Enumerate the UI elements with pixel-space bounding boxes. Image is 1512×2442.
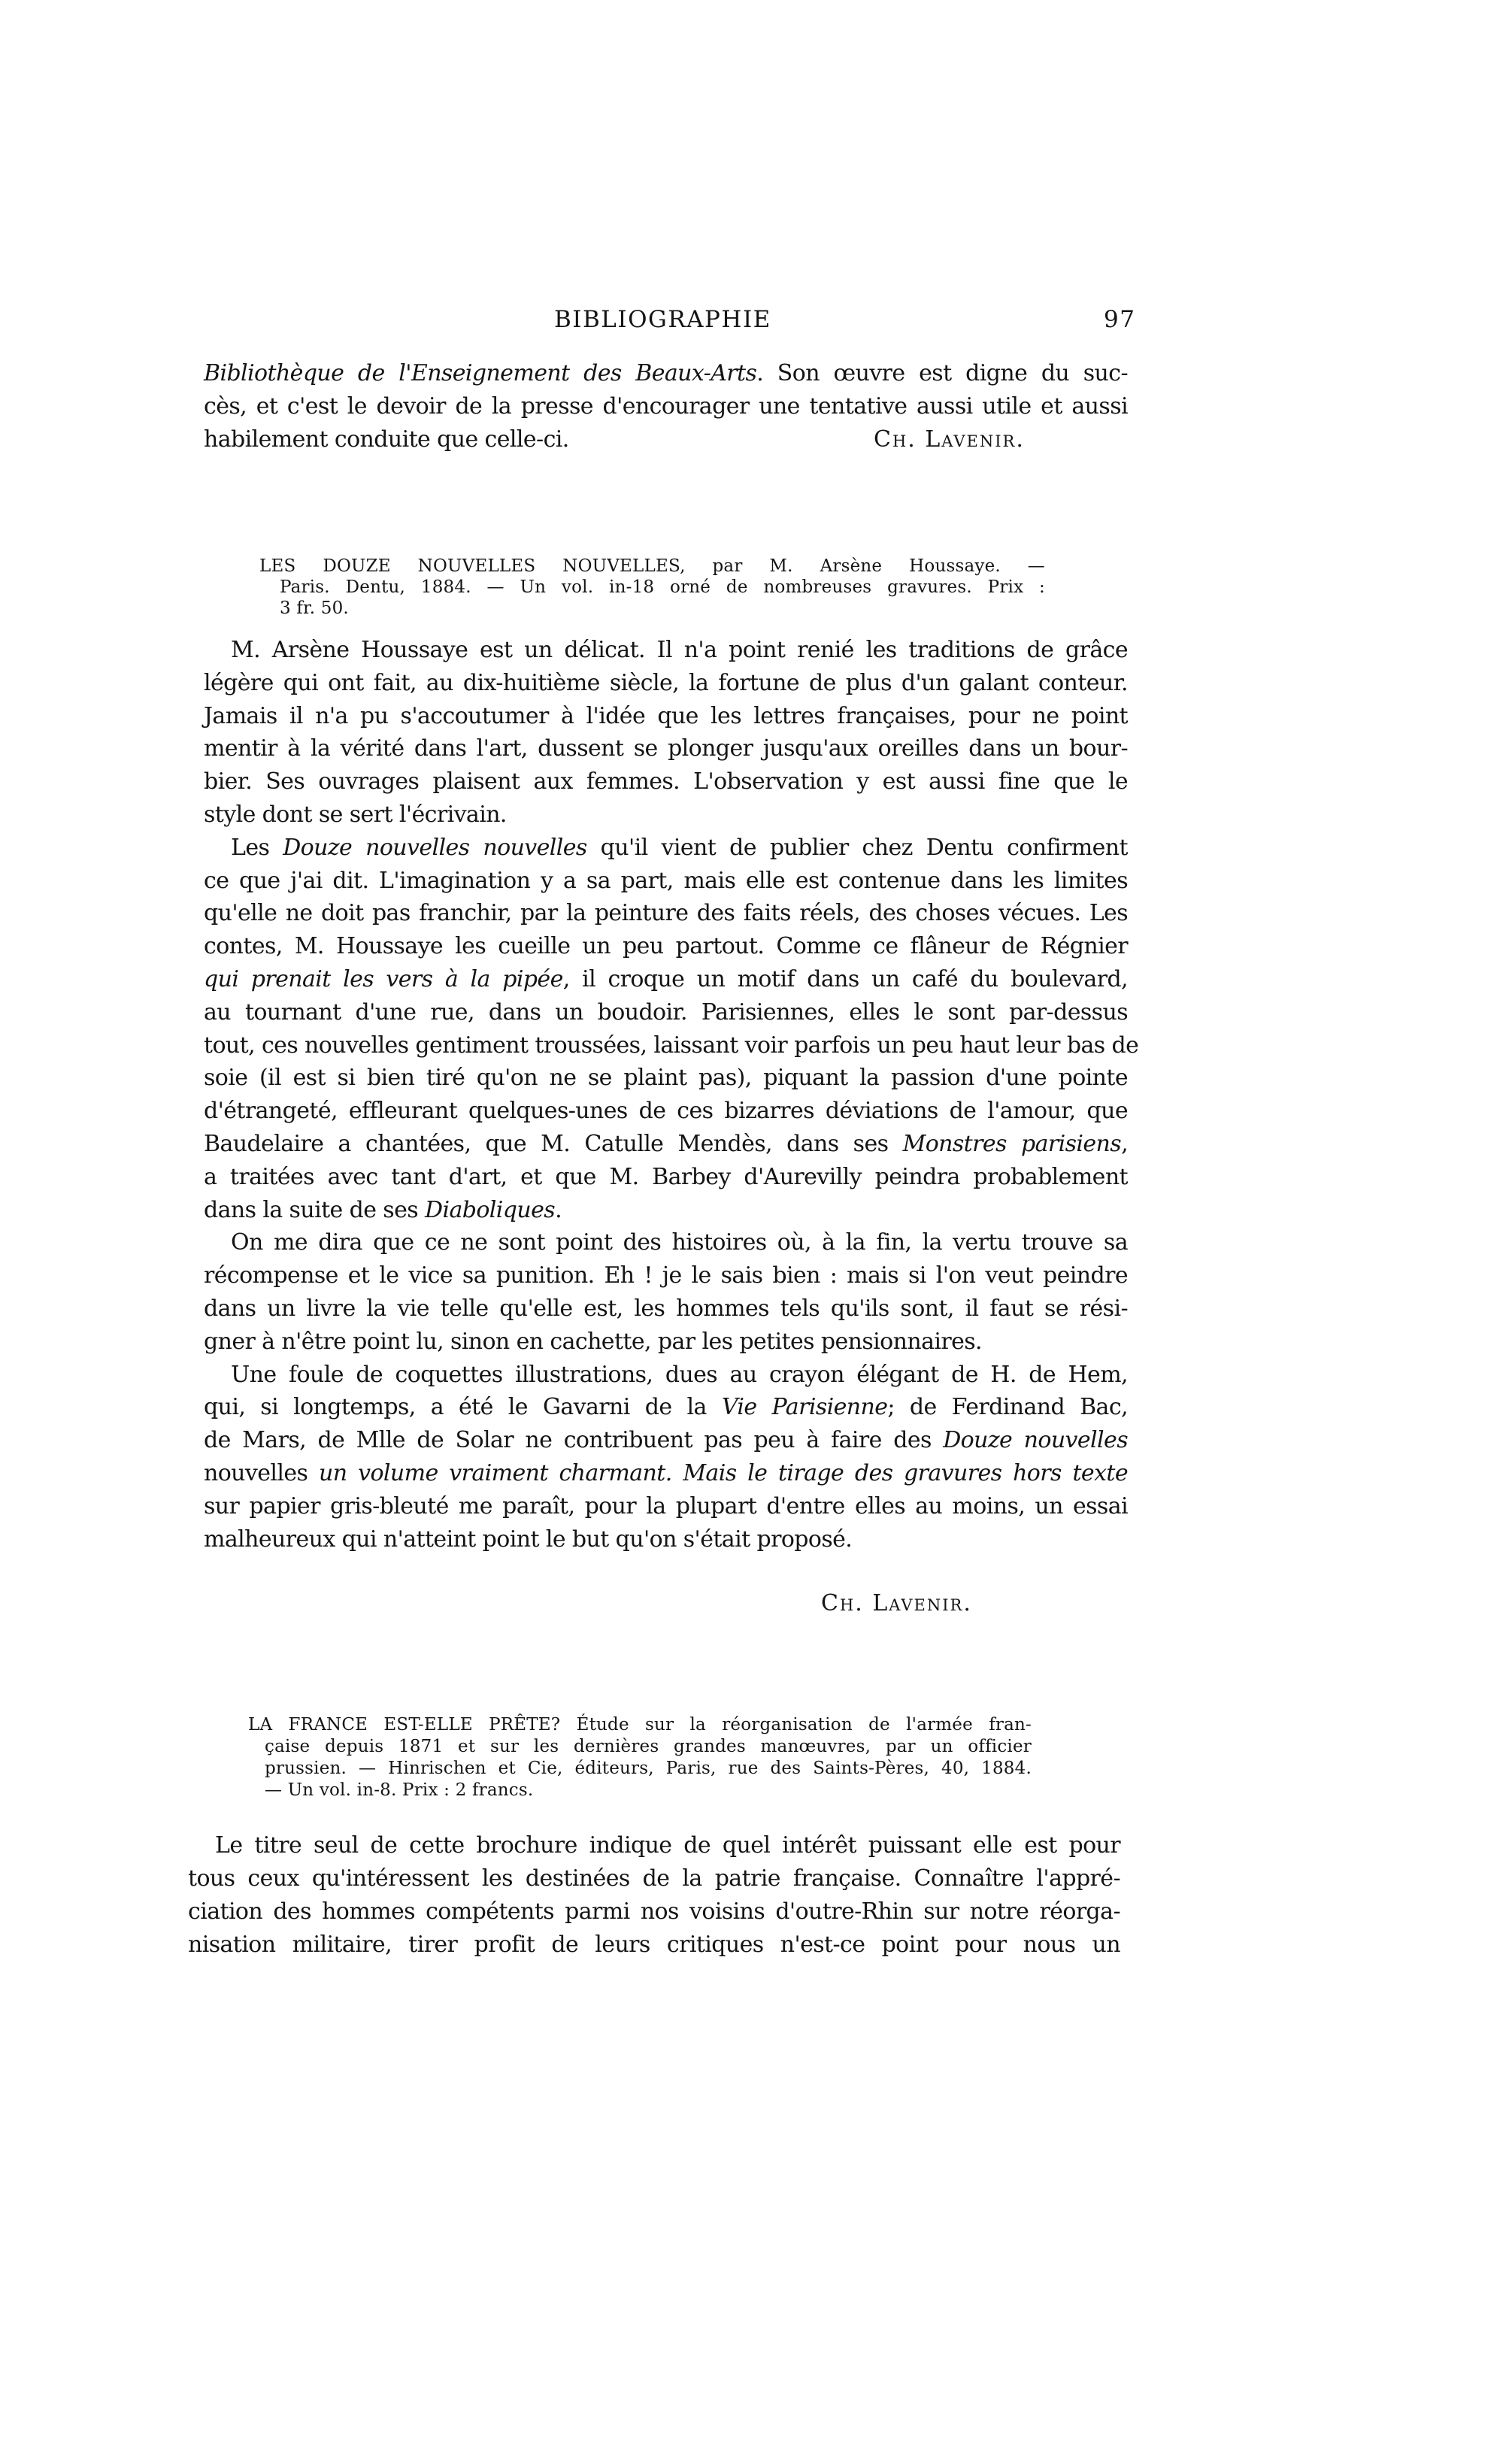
body-line: gner à n'être point lu, sinon en cachett… — [204, 1331, 982, 1353]
text: soie (il est si bien tiré qu'on ne se pl… — [204, 1065, 1128, 1091]
body-line: malheureux qui n'atteint point le but qu… — [204, 1529, 852, 1551]
review2-signature: Ch. Lavenir. — [821, 1592, 972, 1615]
body-line: soie (il est si bien tiré qu'on ne se pl… — [204, 1067, 1128, 1089]
body-line: M. Arsène Houssaye est un délicat. Il n'… — [231, 639, 1128, 662]
italic-text: Diaboliques — [425, 1197, 555, 1223]
body-line: Baudelaire a chantées, que M. Catulle Me… — [204, 1133, 1128, 1156]
text: sur papier gris-bleuté me paraît, pour l… — [204, 1493, 1128, 1519]
text: récompense et le vice sa punition. Eh ! … — [204, 1262, 1128, 1289]
text: tout, ces nouvelles gentiment troussées,… — [204, 1032, 1138, 1059]
text: . — [555, 1197, 562, 1223]
text: Les — [231, 835, 283, 861]
text: qu'il vient de publier chez Dentu confir… — [587, 835, 1128, 861]
text: Une foule de coquettes illustrations, du… — [231, 1362, 1128, 1388]
text: ciation des hommes compétents parmi nos … — [188, 1898, 1120, 1925]
text: Le titre seul de cette brochure indique … — [215, 1832, 1120, 1859]
review1-line-2: cès, et c'est le devoir de la presse d'e… — [204, 395, 1128, 418]
body-line: style dont se sert l'écrivain. — [204, 804, 507, 826]
body-line: ciation des hommes compétents parmi nos … — [188, 1901, 1120, 1923]
body-line: a traitées avec tant d'art, et que M. Ba… — [204, 1166, 1128, 1189]
citation-line: prussien. — Hinrischen et Cie, éditeurs,… — [265, 1760, 1032, 1777]
text: de Mars, de Mlle de Solar ne contribuent… — [204, 1427, 943, 1453]
review1-line-3: habilement conduite que celle-ci. — [204, 429, 569, 451]
scanned-page: BIBLIOGRAPHIE 97 Bibliothèque de l'Ensei… — [0, 0, 1512, 2442]
body-line: qui, si longtemps, a été le Gavarni de l… — [204, 1396, 1128, 1419]
text: ; de Ferdinand Bac, — [887, 1394, 1128, 1420]
body-line: nouvelles un volume vraiment charmant. M… — [204, 1462, 1128, 1485]
text: , — [1121, 1131, 1128, 1157]
text: Jamais il n'a pu s'accoutumer à l'idée q… — [204, 703, 1128, 729]
text: ce que j'ai dit. L'imagination y a sa pa… — [204, 868, 1128, 894]
text: LES DOUZE NOUVELLES NOUVELLES, par M. Ar… — [259, 556, 1045, 576]
body-line: bier. Ses ouvrages plaisent aux femmes. … — [204, 771, 1128, 793]
text: d'étrangeté, effleurant quelques-unes de… — [204, 1098, 1128, 1124]
text: qu'elle ne doit pas franchir, par la pei… — [204, 900, 1128, 926]
italic-text: Vie Parisienne — [722, 1394, 888, 1420]
text: Baudelaire a chantées, que M. Catulle Me… — [204, 1131, 903, 1157]
body-line: contes, M. Houssaye les cueille un peu p… — [204, 935, 1128, 958]
body-line: qu'elle ne doit pas franchir, par la pei… — [204, 902, 1128, 925]
running-title: BIBLIOGRAPHIE — [554, 308, 771, 332]
text: style dont se sert l'écrivain. — [204, 801, 507, 828]
review1-signature: Ch. Lavenir. — [874, 429, 1025, 451]
text: . Son œuvre est digne du suc- — [756, 360, 1128, 386]
text: M. Arsène Houssaye est un délicat. Il n'… — [231, 637, 1128, 663]
page-number: 97 — [1104, 308, 1135, 332]
text: , il croque un motif dans un café du bou… — [563, 966, 1128, 992]
text: 3 fr. 50. — [280, 598, 349, 618]
body-line: tous ceux qu'intéressent les destinées d… — [188, 1868, 1120, 1890]
italic-text: un volume vraiment charmant. Mais le tir… — [308, 1460, 1128, 1486]
italic-title: Bibliothèque de l'Enseignement des Beaux… — [204, 360, 756, 386]
text: malheureux qui n'atteint point le but qu… — [204, 1526, 852, 1553]
text: prussien. — Hinrischen et Cie, éditeurs,… — [265, 1759, 1032, 1778]
body-line: Jamais il n'a pu s'accoutumer à l'idée q… — [204, 705, 1128, 728]
citation-line: çaise depuis 1871 et sur les dernières g… — [265, 1738, 1032, 1756]
body-line: dans un livre la vie telle qu'elle est, … — [204, 1298, 1128, 1320]
italic-text: Douze nouvelles — [943, 1427, 1128, 1453]
citation-line: 3 fr. 50. — [280, 600, 349, 617]
text: légère qui ont fait, au dix-huitième siè… — [204, 670, 1128, 696]
text: a traitées avec tant d'art, et que M. Ba… — [204, 1164, 1128, 1190]
body-line: mentir à la vérité dans l'art, dussent s… — [204, 738, 1128, 760]
body-line: qui prenait les vers à la pipée, il croq… — [204, 968, 1128, 991]
body-line: On me dira que ce ne sont point des hist… — [231, 1232, 1128, 1254]
text: tous ceux qu'intéressent les destinées d… — [188, 1865, 1120, 1892]
body-line: ce que j'ai dit. L'imagination y a sa pa… — [204, 870, 1128, 892]
citation-line: LA FRANCE EST-ELLE PRÊTE? Étude sur la r… — [248, 1716, 1032, 1734]
body-line: de Mars, de Mlle de Solar ne contribuent… — [204, 1429, 1128, 1452]
text: nouvelles — [204, 1460, 308, 1486]
text: Paris. Dentu, 1884. — Un vol. in-18 orné… — [280, 577, 1045, 597]
text: mentir à la vérité dans l'art, dussent s… — [204, 735, 1128, 762]
body-line: légère qui ont fait, au dix-huitième siè… — [204, 672, 1128, 695]
text: LA FRANCE EST-ELLE PRÊTE? Étude sur la r… — [248, 1715, 1032, 1735]
text: qui, si longtemps, a été le Gavarni de l… — [204, 1394, 722, 1420]
body-line: d'étrangeté, effleurant quelques-unes de… — [204, 1100, 1128, 1123]
body-line: récompense et le vice sa punition. Eh ! … — [204, 1265, 1128, 1287]
body-line: nisation militaire, tirer profit de leur… — [188, 1934, 1120, 1956]
citation-line: Paris. Dentu, 1884. — Un vol. in-18 orné… — [280, 579, 1045, 596]
text: bier. Ses ouvrages plaisent aux femmes. … — [204, 768, 1128, 795]
citation-line: LES DOUZE NOUVELLES NOUVELLES, par M. Ar… — [259, 558, 1045, 575]
text: au tournant d'une rue, dans un boudoir. … — [204, 999, 1128, 1026]
body-line: tout, ces nouvelles gentiment troussées,… — [204, 1035, 1128, 1057]
text: On me dira que ce ne sont point des hist… — [231, 1229, 1128, 1256]
body-line: Une foule de coquettes illustrations, du… — [231, 1364, 1128, 1386]
text: contes, M. Houssaye les cueille un peu p… — [204, 933, 1128, 959]
italic-text: Douze nouvelles nouvelles — [283, 835, 587, 861]
text: nisation militaire, tirer profit de leur… — [188, 1931, 1120, 1958]
body-line: sur papier gris-bleuté me paraît, pour l… — [204, 1495, 1128, 1518]
italic-text: Monstres parisiens — [903, 1131, 1121, 1157]
text: gner à n'être point lu, sinon en cachett… — [204, 1329, 982, 1355]
body-line: au tournant d'une rue, dans un boudoir. … — [204, 1001, 1128, 1024]
italic-text: qui prenait les vers à la pipée — [204, 966, 563, 992]
body-line: Les Douze nouvelles nouvelles qu'il vien… — [231, 837, 1128, 859]
text: dans la suite de ses — [204, 1197, 425, 1223]
body-line: dans la suite de ses Diaboliques. — [204, 1199, 562, 1222]
text: çaise depuis 1871 et sur les dernières g… — [265, 1737, 1032, 1756]
body-line: Le titre seul de cette brochure indique … — [215, 1835, 1120, 1857]
text: dans un livre la vie telle qu'elle est, … — [204, 1295, 1128, 1322]
review1-line-1: Bibliothèque de l'Enseignement des Beaux… — [204, 362, 1128, 385]
text: — Un vol. in-8. Prix : 2 francs. — [265, 1780, 533, 1800]
citation-line: — Un vol. in-8. Prix : 2 francs. — [265, 1782, 533, 1799]
